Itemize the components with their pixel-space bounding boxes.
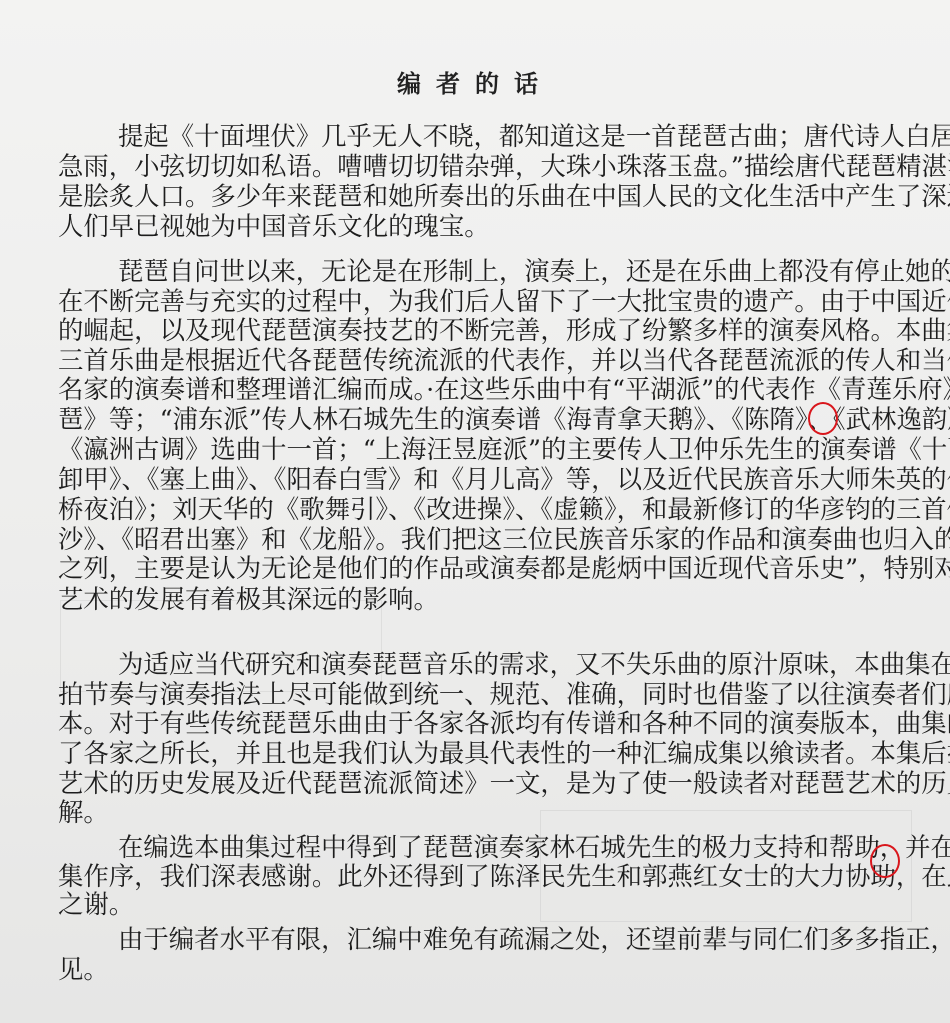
text-line: 艺术的历史发展及近代琵琶流派简述》一文，是为了使一般读者对琵琶艺术的历史有更深的… — [58, 768, 904, 798]
text-line: 是脍炙人口。多少年来琵琶和她所奏出的乐曲在中国人民的文化生活中产生了深远的影响， — [58, 181, 904, 211]
text-line: 由于编者水平有限，汇编中难免有疏漏之处，还望前辈与同仁们多多指正，恭盼宝贵意 — [118, 924, 904, 954]
text-line: 集作序，我们深表感谢。此外还得到了陈泽民先生和郭燕红女士的大力协助，在此也表示崇… — [58, 861, 904, 891]
text-line: 艺术的发展有着极其深远的影响。 — [58, 584, 904, 614]
text-line: 之谢。 — [58, 889, 904, 919]
text-line: 三首乐曲是根据近代各琵琶传统流派的代表作，并以当代各琵琶流派的传人和当代琵琶演奏 — [58, 345, 904, 375]
text-line: 了各家之所长，并且也是我们认为最具代表性的一种汇编成集以飨读者。本集后撰写的《琵… — [58, 738, 904, 768]
text-line: 桥夜泊》；刘天华的《歌舞引》、《改进操》、《虚籁》，和最新修订的华彦钧的三首传世… — [58, 494, 904, 524]
text-line: 解。 — [58, 797, 904, 827]
text-line: 在编选本曲集过程中得到了琵琶演奏家林石城先生的极力支持和帮助，并在百忙中为曲 — [118, 832, 904, 862]
text-line: 名家的演奏谱和整理谱汇编而成。·在这些乐曲中有“平湖派”的代表作《青莲乐府》、《… — [58, 374, 904, 404]
page-title: 编者的话 — [0, 64, 950, 99]
text-line: 琵琶自问世以来，无论是在形制上，演奏上，还是在乐曲上都没有停止她的发展与探索，并 — [118, 256, 904, 286]
book-page: 编者的话 提起《十面埋伏》几乎无人不晓，都知道这是一首琵琶古曲；唐代诗人白居易：… — [0, 0, 950, 1023]
text-line: 卸甲》、《塞上曲》、《阳春白雪》和《月儿高》等，以及近代民族音乐大师朱英的作品《… — [58, 464, 904, 494]
text-line: 《瀛洲古调》选曲十一首；“上海汪昱庭派”的主要传人卫仲乐先生的演奏谱《十面埋伏》… — [58, 434, 904, 464]
text-line: 为适应当代研究和演奏琵琶音乐的需求，又不失乐曲的原汁原味，本曲集在记谱用音、节 — [118, 649, 904, 679]
text-line: 人们早已视她为中国音乐文化的瑰宝。 — [58, 211, 904, 241]
text-line: 之列，主要是认为无论是他们的作品或演奏都是彪炳中国近现代音乐史”，特别对于现代琵… — [58, 553, 904, 583]
text-line: 在不断完善与充实的过程中，为我们后人留下了一大批宝贵的遗产。由于中国近代琵琶流派 — [58, 286, 904, 316]
text-line: 琶》等；“浦东派”传人林石城先生的演奏谱《海青拿天鹅》、《陈隋》、《武林逸韵》等… — [58, 404, 904, 434]
text-line: 本。对于有些传统琵琶乐曲由于各家各派均有传谱和各种不同的演奏版本，曲集的选取兼顾 — [58, 708, 904, 738]
text-line: 拍节奏与演奏指法上尽可能做到统一、规范、准确，同时也借鉴了以往演奏者们所认同的版 — [58, 679, 904, 709]
text-line: 的崛起，以及现代琵琶演奏技艺的不断完善，形成了纷繁多样的演奏风格。本曲集所选的五… — [58, 315, 904, 345]
text-line: 沙》、《昭君出塞》和《龙船》。我们把这三位民族音乐家的作品和演奏曲也归入的了“传… — [58, 524, 904, 554]
text-line: 提起《十面埋伏》几乎无人不晓，都知道这是一首琵琶古曲；唐代诗人白居易：“大弦嘈嘈… — [118, 121, 904, 151]
text-line: 见。 — [58, 954, 904, 984]
text-line: 急雨，小弦切切如私语。嘈嘈切切错杂弹，大珠小珠落玉盘。”描绘唐代琵琶精湛演技的诗… — [58, 151, 904, 181]
